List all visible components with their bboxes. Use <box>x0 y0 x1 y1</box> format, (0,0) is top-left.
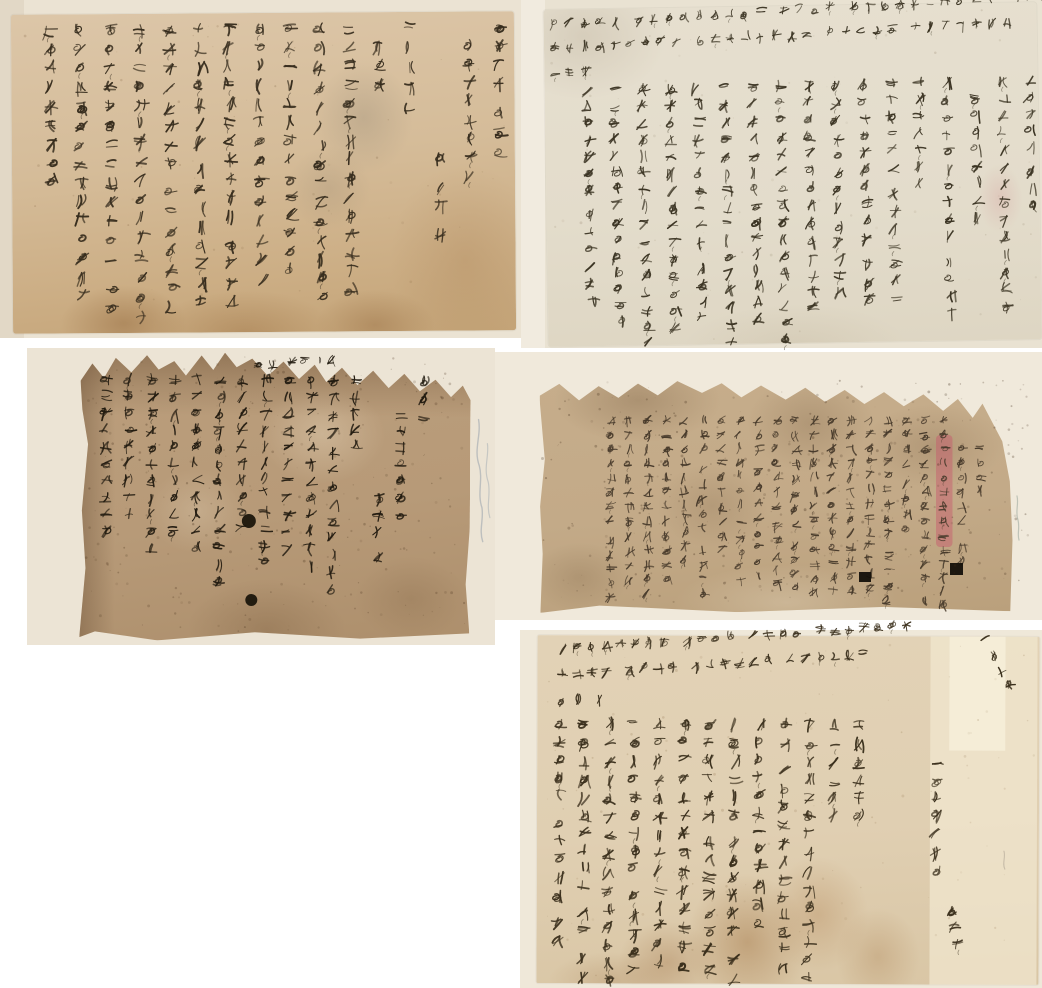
photo-letter-middle-right <box>495 352 1042 620</box>
paper-letter-bottom-right <box>536 635 1039 985</box>
manuscript-collage <box>0 0 1042 988</box>
paper-letter-middle-left <box>79 352 471 642</box>
paper-letter-top-right <box>543 2 1041 347</box>
backing-strip-small <box>949 637 1005 751</box>
photo-letter-top-right <box>521 0 1042 348</box>
paper-letter-top-left <box>11 11 516 334</box>
photo-letter-bottom-right <box>520 630 1042 988</box>
photo-letter-middle-left <box>0 348 495 645</box>
paper-letter-middle-right <box>540 375 1033 613</box>
photo-letter-top-left <box>0 0 521 338</box>
